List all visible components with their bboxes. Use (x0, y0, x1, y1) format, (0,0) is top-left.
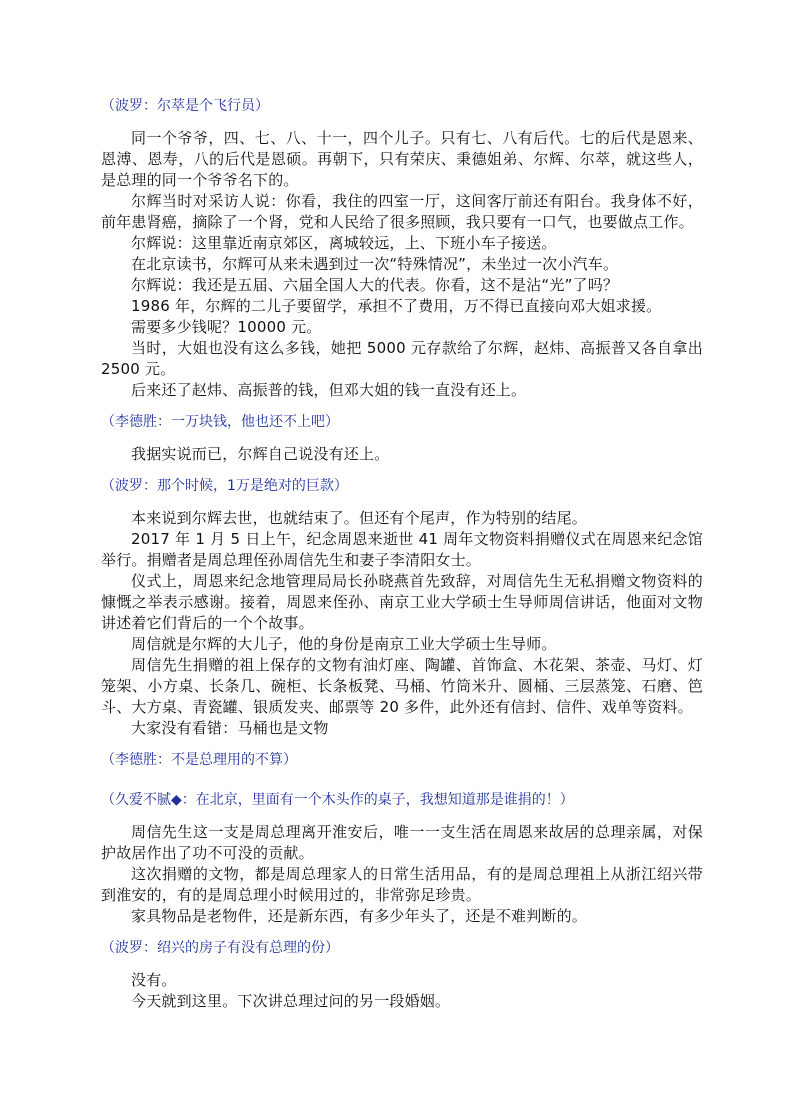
paragraph: 这次捐赠的文物，都是周总理家人的日常生活用品，有的是周总理祖上从浙江绍兴带到淮安… (101, 864, 703, 906)
document-page: （波罗：尔萃是个飞行员） 同一个爷爷，四、七、八、十一，四个儿子。只有七、八有后… (101, 96, 703, 1012)
paragraph: 没有。 (101, 970, 703, 991)
paragraph: 在北京读书，尔辉可从来未遇到过一次“特殊情况”，未坐过一次小汽车。 (101, 254, 703, 275)
reader-comment: （波罗：尔萃是个飞行员） (101, 96, 703, 116)
spacer (101, 739, 703, 750)
spacer (101, 810, 703, 822)
paragraph: 尔辉当时对采访人说：你看，我住的四室一厅，这间客厅前还有阳台。我身体不好，前年患… (101, 191, 703, 233)
paragraph: 周信就是尔辉的大儿子，他的身份是南京工业大学硕士生导师。 (101, 634, 703, 655)
paragraph: 我据实说而已，尔辉自己说没有还上。 (101, 444, 703, 465)
paragraph: 大家没有看错：马桶也是文物 (101, 718, 703, 739)
reader-comment: （李德胜：不是总理用的不算） (101, 750, 703, 770)
paragraph: 2017 年 1 月 5 日上午，纪念周恩来逝世 41 周年文物资料捐赠仪式在周… (101, 529, 703, 571)
spacer (101, 496, 703, 508)
paragraph: 仪式上，周恩来纪念地管理局局长孙晓燕首先致辞，对周信先生无私捐赠文物资料的慷慨之… (101, 571, 703, 634)
paragraph: 今天就到这里。下次讲总理过问的另一段婚姻。 (101, 991, 703, 1012)
paragraph: 1986 年，尔辉的二儿子要留学，承担不了费用，万不得已直接向邓大姐求援。 (101, 296, 703, 317)
paragraph: 同一个爷爷，四、七、八、十一，四个儿子。只有七、八有后代。七的后代是恩来、恩溥、… (101, 128, 703, 191)
paragraph: 后来还了赵炜、高振普的钱，但邓大姐的钱一直没有还上。 (101, 380, 703, 401)
spacer (101, 770, 703, 790)
paragraph: 周信先生捐赠的祖上保存的文物有油灯座、陶罐、首饰盒、木花架、茶壶、马灯、灯笼架、… (101, 655, 703, 718)
spacer (101, 927, 703, 938)
spacer (101, 465, 703, 476)
reader-comment: （久爱不腻◆：在北京，里面有一个木头作的桌子，我想知道那是谁捐的！） (101, 790, 703, 810)
spacer (101, 432, 703, 444)
paragraph: 尔辉说：这里靠近南京郊区，离城较远，上、下班小车子接送。 (101, 233, 703, 254)
spacer (101, 401, 703, 412)
paragraph: 尔辉说：我还是五届、六届全国人大的代表。你看，这不是沾“光”了吗？ (101, 275, 703, 296)
spacer (101, 116, 703, 128)
paragraph: 需要多少钱呢？10000 元。 (101, 317, 703, 338)
paragraph: 家具物品是老物件，还是新东西，有多少年头了，还是不难判断的。 (101, 906, 703, 927)
reader-comment: （李德胜：一万块钱，他也还不上吧） (101, 412, 703, 432)
paragraph: 当时，大姐也没有这么多钱，她把 5000 元存款给了尔辉，赵炜、高振普又各自拿出… (101, 338, 703, 380)
reader-comment: （波罗：那个时候，1万是绝对的巨款） (101, 476, 703, 496)
reader-comment: （波罗：绍兴的房子有没有总理的份） (101, 938, 703, 958)
paragraph: 本来说到尔辉去世，也就结束了。但还有个尾声，作为特别的结尾。 (101, 508, 703, 529)
paragraph: 周信先生这一支是周总理离开淮安后，唯一一支生活在周恩来故居的总理亲属，对保护故居… (101, 822, 703, 864)
spacer (101, 958, 703, 970)
